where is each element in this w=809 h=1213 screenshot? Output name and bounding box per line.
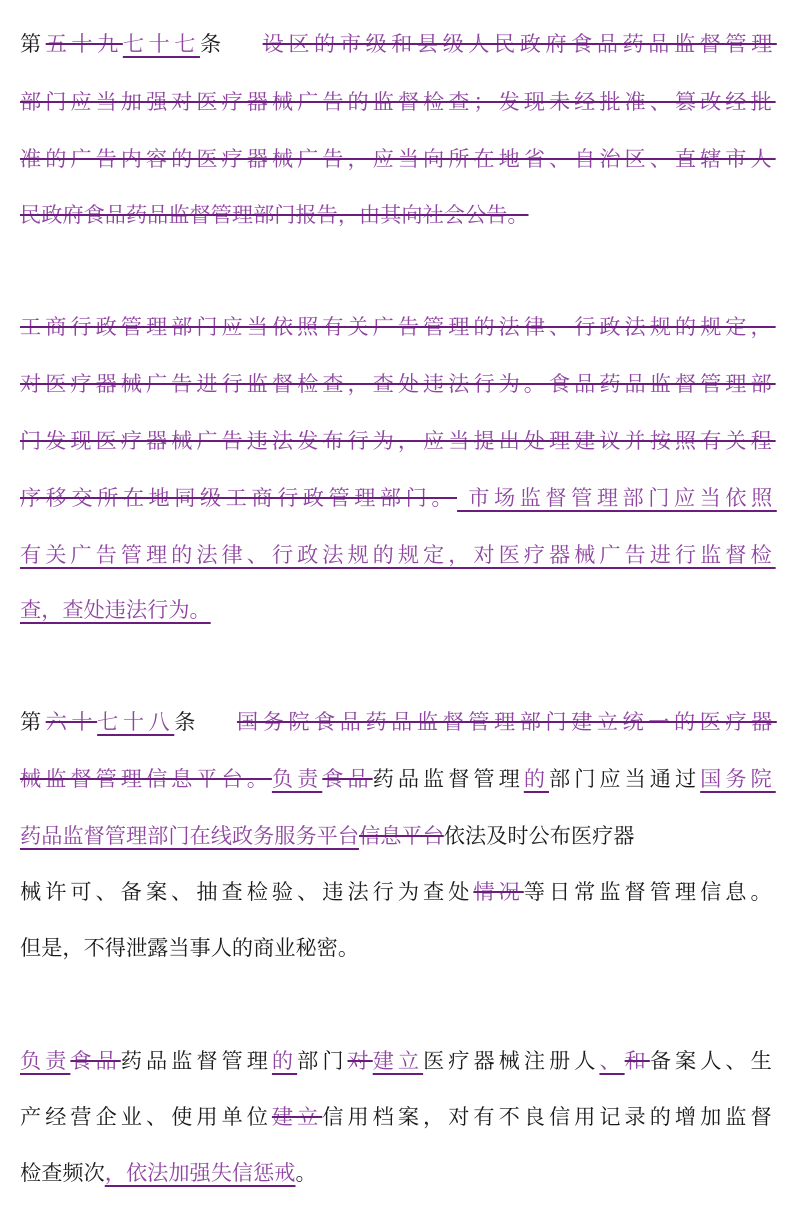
inserted-text: 药品监督管理部门在线政务服务平台 (20, 823, 359, 848)
text-line: 部门应当加强对医疗器械广告的监督检查；发现未经批准、篡改经批 (20, 82, 776, 122)
body-text: 等日常监督管理信息。 (524, 879, 776, 904)
body-text: 备案人、生 (650, 1048, 776, 1073)
deleted-text: 情况 (473, 879, 523, 904)
inserted-text: 七十八 (97, 709, 174, 734)
body-text: 条 (174, 709, 237, 734)
deleted-text: 食品 (70, 1048, 120, 1073)
text-line: 械许可、备案、抽查检验、违法行为查处情况等日常监督管理信息。 (20, 872, 776, 912)
text-line: 负责食品药品监督管理的部门对建立医疗器械注册人、和备案人、生 (20, 1041, 776, 1081)
text-line: 检查频次，依法加强失信惩戒。 (20, 1153, 317, 1193)
deleted-text: 械监督管理信息平台。 (20, 766, 272, 791)
body-text: 但是，不得泄露当事人的商业秘密。 (20, 935, 359, 960)
inserted-text: 有关广告管理的法律、行政法规的规定，对医疗器械广告进行监督检 (20, 542, 776, 567)
deleted-text: 民政府食品药品监督管理部门报告，由其向社会公告。 (20, 202, 529, 227)
deleted-text: 和 (625, 1048, 650, 1073)
text-line: 序移交所在地同级工商行政管理部门。 市场监督管理部门应当依照 (20, 478, 777, 518)
deleted-text: 设区的市级和县级人民政府食品药品监督管理 (263, 31, 777, 56)
body-text: 械许可、备案、抽查检验、违法行为查处 (20, 879, 473, 904)
deleted-text: 对医疗器械广告进行监督检查，查处违法行为。食品药品监督管理部 (20, 371, 776, 396)
body-text: 药品监督管理 (373, 766, 524, 791)
inserted-text: 的 (272, 1048, 297, 1073)
inserted-text: 负责 (20, 1048, 70, 1073)
text-line: 第五十九七十七条 设区的市级和县级人民政府食品药品监督管理 (20, 24, 777, 64)
inserted-text: ，依法加强失信惩戒 (105, 1160, 296, 1185)
body-text: 第 (20, 31, 46, 56)
body-text: 依法及时公布医疗器 (444, 823, 635, 848)
inserted-text: 建立 (373, 1048, 423, 1073)
body-text: 条 (200, 31, 263, 56)
inserted-text: 国务院 (700, 766, 776, 791)
body-text: 。 (295, 1160, 316, 1185)
inserted-text: 的 (524, 766, 549, 791)
deleted-text: 国务院食品药品监督管理部门建立统一的医疗器 (237, 709, 777, 734)
text-line: 有关广告管理的法律、行政法规的规定，对医疗器械广告进行监督检 (20, 535, 776, 575)
deleted-text: 信息平台 (359, 823, 444, 848)
deleted-text: 五十九 (46, 31, 123, 56)
deleted-text: 对 (348, 1048, 373, 1073)
body-text: 部门应当通过 (549, 766, 700, 791)
deleted-text: 序移交所在地同级工商行政管理部门。 (20, 485, 457, 510)
deleted-text: 工商行政管理部门应当依照有关广告管理的法律、行政法规的规定， (20, 314, 776, 339)
text-line: 查，查处违法行为。 (20, 590, 211, 630)
text-line: 工商行政管理部门应当依照有关广告管理的法律、行政法规的规定， (20, 307, 776, 347)
inserted-text: 市场监督管理部门应当依照 (457, 485, 777, 510)
deleted-text: 食品 (322, 766, 372, 791)
text-line: 对医疗器械广告进行监督检查，查处违法行为。食品药品监督管理部 (20, 364, 776, 404)
text-line: 产经营企业、使用单位建立信用档案，对有不良信用记录的增加监督 (20, 1097, 776, 1137)
inserted-text: 七十七 (123, 31, 200, 56)
body-text: 产经营企业、使用单位 (20, 1104, 272, 1129)
body-text: 药品监督管理 (121, 1048, 272, 1073)
text-line: 准的广告内容的医疗器械广告，应当向所在地省、自治区、直辖市人 (20, 139, 776, 179)
inserted-text: 查，查处违法行为。 (20, 597, 211, 622)
inserted-text: 、 (599, 1048, 624, 1073)
deleted-text: 建立 (272, 1104, 322, 1129)
deleted-text: 准的广告内容的医疗器械广告，应当向所在地省、自治区、直辖市人 (20, 146, 776, 171)
text-line: 民政府食品药品监督管理部门报告，由其向社会公告。 (20, 195, 529, 235)
body-text: 第 (20, 709, 46, 734)
text-line: 门发现医疗器械广告违法发布行为，应当提出处理建议并按照有关程 (20, 421, 776, 461)
text-line: 第六十七十八条 国务院食品药品监督管理部门建立统一的医疗器 (20, 702, 777, 742)
body-text: 信用档案，对有不良信用记录的增加监督 (322, 1104, 775, 1129)
inserted-text: 负责 (272, 766, 322, 791)
body-text: 医疗器械注册人 (423, 1048, 599, 1073)
deleted-text: 六十 (46, 709, 97, 734)
body-text: 检查频次 (20, 1160, 105, 1185)
text-line: 械监督管理信息平台。负责食品药品监督管理的部门应当通过国务院 (20, 759, 776, 799)
deleted-text: 门发现医疗器械广告违法发布行为，应当提出处理建议并按照有关程 (20, 428, 776, 453)
body-text: 部门 (297, 1048, 347, 1073)
text-line: 但是，不得泄露当事人的商业秘密。 (20, 928, 359, 968)
deleted-text: 部门应当加强对医疗器械广告的监督检查；发现未经批准、篡改经批 (20, 89, 776, 114)
text-line: 药品监督管理部门在线政务服务平台信息平台依法及时公布医疗器 (20, 816, 634, 856)
